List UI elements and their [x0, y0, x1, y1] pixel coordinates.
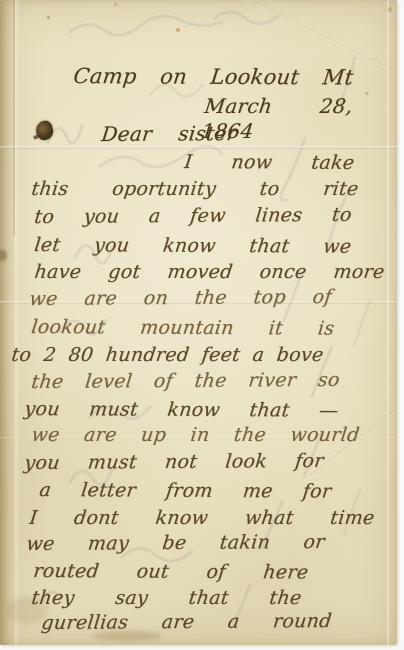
letter-line: Dear sister: [100, 121, 238, 147]
letter-line: a letter from me for: [38, 479, 333, 504]
letter-line: we are on the top of: [28, 286, 333, 312]
page-background: Camp on Lookout MtMarch 28, 1864Dear sis…: [0, 0, 404, 650]
letter-line: they say that the: [30, 587, 303, 611]
letter-line: lookout mountain it is: [30, 316, 336, 341]
letter-line: to you a few lines to: [33, 204, 353, 230]
letter-line: have got moved once more: [33, 261, 386, 285]
letter-paper: Camp on Lookout MtMarch 28, 1864Dear sis…: [0, 0, 397, 645]
letter-line: you must know that —: [23, 398, 340, 423]
letter-line: the level of the river so: [30, 369, 341, 395]
letter-line: I dont know what time: [28, 507, 376, 531]
letter-line: routed out of here: [32, 560, 310, 585]
letter-line: let you know that we: [33, 234, 353, 259]
letter-line: we may be takin or: [25, 531, 326, 557]
letter-line: gurellias are a round: [40, 610, 333, 636]
letter-line: to 2 80 hundred feet a bove: [10, 344, 325, 368]
letter-line: we are up in the wourld: [30, 424, 361, 448]
letter-line: I now take: [183, 151, 356, 176]
letter-line: Camp on Lookout Mt: [72, 63, 355, 91]
letter-lines: Camp on Lookout MtMarch 28, 1864Dear sis…: [0, 0, 397, 645]
letter-line: this oportunity to rite: [30, 178, 360, 202]
letter-line: you must not look for: [23, 450, 325, 476]
